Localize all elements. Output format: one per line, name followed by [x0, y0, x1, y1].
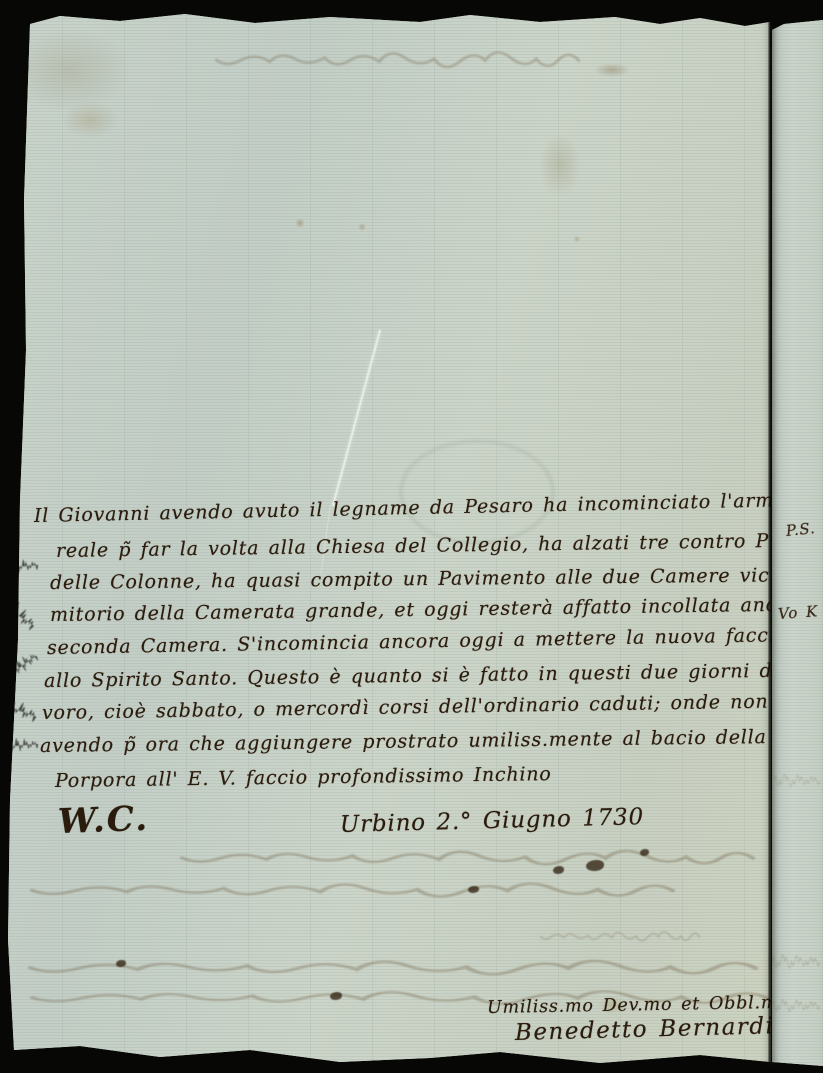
ink-blot — [553, 866, 564, 874]
letter-line: allo Spirito Santo. Questo è quanto si è… — [44, 659, 823, 692]
margin-note: Vo K — [777, 602, 818, 623]
manuscript-page: Il Giovanni avendo avuto il legname da P… — [0, 0, 772, 1073]
letter-line: Porpora all' E. V. faccio profondissimo … — [55, 763, 552, 792]
scanned-letter: Il Giovanni avendo avuto il legname da P… — [0, 0, 823, 1073]
margin-ink-mark — [8, 552, 38, 578]
paper-crease — [332, 330, 381, 506]
bleed-through-mark — [772, 995, 820, 1015]
letter-line: avendo p̃ ora che aggiungere prostrato u… — [40, 725, 823, 757]
dateline: Urbino 2.° Giugno 1730 — [340, 804, 645, 838]
bleed-through-mark — [774, 770, 820, 790]
margin-ink-mark — [0, 591, 45, 639]
bleed-through-mark — [215, 46, 580, 72]
margin-ink-mark — [10, 732, 38, 756]
paper-watermark — [400, 440, 554, 544]
bleed-through-mark — [772, 950, 820, 972]
ink-blot — [586, 860, 604, 871]
margin-ink-mark — [0, 686, 43, 732]
letter-line: delle Colonne, ha quasi compito un Pavim… — [50, 563, 823, 594]
letter-line: seconda Camera. S'incomincia ancora oggi… — [47, 624, 809, 659]
bleed-through-mark — [180, 845, 755, 869]
adjacent-page-edge: P.S. Vo K — [772, 0, 823, 1073]
margin-ink-mark — [7, 643, 44, 680]
bleed-through-mark — [28, 955, 758, 979]
letter-line: mitorio della Camerata grande, et oggi r… — [50, 593, 823, 626]
bleed-through-mark — [30, 878, 675, 901]
letter-line: reale p̃ far la volta alla Chiesa del Co… — [56, 529, 823, 562]
postscript-label: P.S. — [785, 519, 816, 540]
monogram: W.C. — [57, 799, 149, 842]
bleed-through-mark — [540, 928, 700, 944]
signature: Benedetto Bernardini. — [515, 1012, 809, 1046]
letter-line: voro, cioè sabbato, o mercordì corsi del… — [42, 691, 769, 724]
page-fold — [768, 20, 772, 1066]
